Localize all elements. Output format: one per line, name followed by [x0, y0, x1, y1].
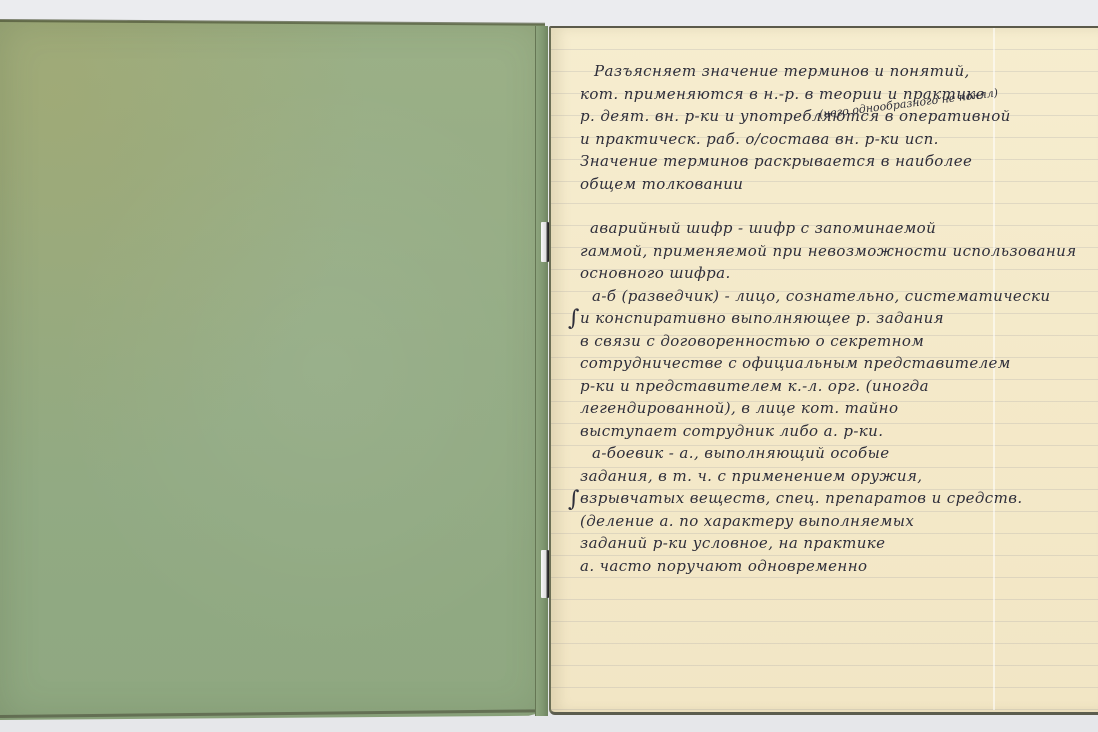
handwritten-text: Разъясняет значение терминов и понятий, … [580, 60, 1090, 577]
handwritten-line: задания, в т. ч. с применением оружия, [580, 465, 1090, 488]
staple-icon [541, 550, 549, 598]
handwritten-line: гаммой, применяемой при невозможности ис… [580, 240, 1090, 263]
handwritten-line: общем толковании [580, 173, 1090, 196]
handwritten-line: заданий р-ки условное, на практике [580, 532, 1090, 555]
handwritten-line: легендированной), в лице кот. тайно [580, 397, 1090, 420]
handwritten-line: выступает сотрудник либо а. р-ки. [580, 420, 1090, 443]
handwritten-line: а. часто поручают одновременно [580, 555, 1090, 578]
handwritten-line: кот. применяются в н.-р. в теории и прак… [580, 83, 1090, 106]
margin-bracket-icon: ∫ [568, 487, 579, 512]
handwritten-line: и практическ. раб. о/состава вн. р-ки ис… [580, 128, 1090, 151]
handwritten-line: Значение терминов раскрывается в наиболе… [580, 150, 1090, 173]
handwritten-line: взрывчатых веществ, спец. препаратов и с… [580, 487, 1090, 510]
handwritten-line: р-ки и представителем к.-л. орг. (иногда [580, 375, 1090, 398]
handwritten-line: аварийный шифр - шифр с запоминаемой [580, 217, 1090, 240]
notebook-cover [0, 20, 545, 720]
handwritten-line: основного шифра. [580, 262, 1090, 285]
handwritten-line: и конспиративно выполняющее р. задания [580, 307, 1090, 330]
handwritten-line: а-б (разведчик) - лицо, сознательно, сис… [580, 285, 1090, 308]
handwritten-line: в связи с договоренностью о секретном [580, 330, 1090, 353]
handwritten-line: а-боевик - а., выполняющий особые [580, 442, 1090, 465]
line-gap [580, 195, 1090, 217]
handwritten-line: Разъясняет значение терминов и понятий, [580, 60, 1090, 83]
notebook-spine [535, 26, 548, 716]
staple-icon [541, 222, 549, 262]
handwritten-line: сотрудничестве с официальным представите… [580, 352, 1090, 375]
margin-bracket-icon: ∫ [568, 306, 579, 331]
handwritten-line: (деление а. по характеру выполняемых [580, 510, 1090, 533]
